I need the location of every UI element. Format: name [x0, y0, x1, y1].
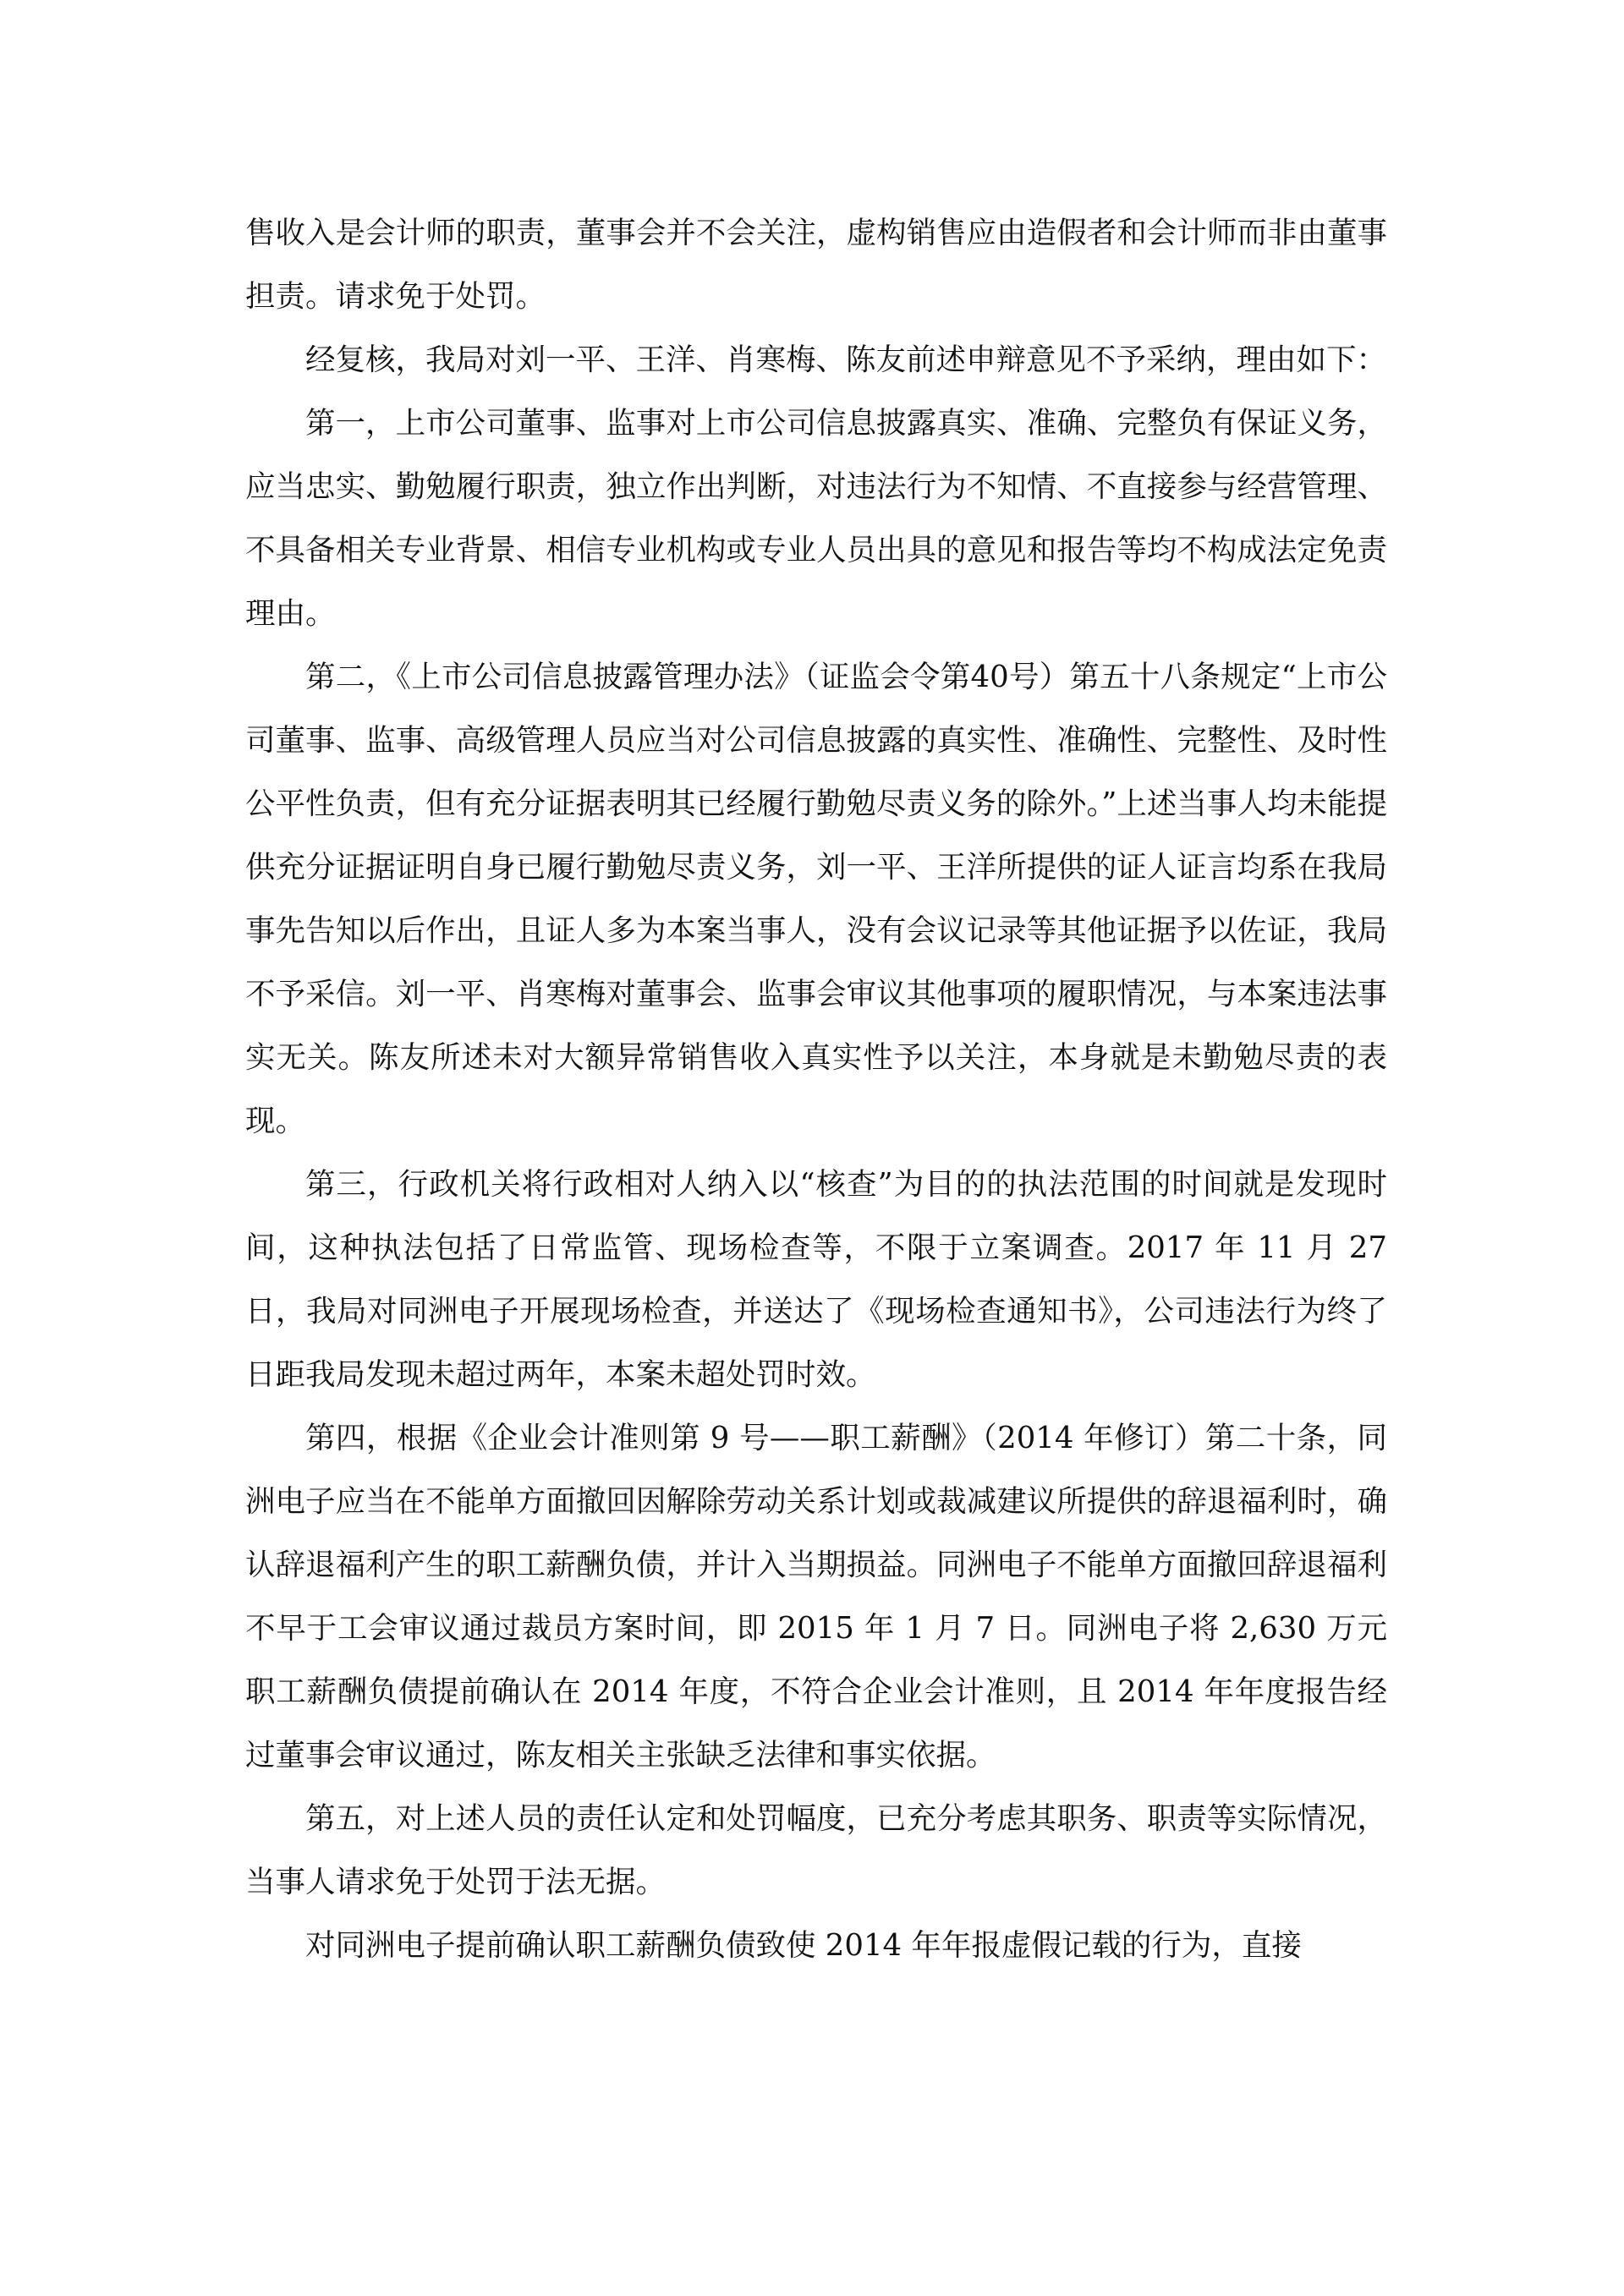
paragraph-reason-2: 第二，《上市公司信息披露管理办法》（证监会令第40号）第五十八条规定“上市公司董… [245, 645, 1387, 1153]
paragraph-review-conclusion: 经复核，我局对刘一平、王洋、肖寒梅、陈友前述申辩意见不予采纳，理由如下： [245, 328, 1387, 392]
document-page: 售收入是会计师的职责，董事会并不会关注，虚构销售应由造假者和会计师而非由董事担责… [245, 201, 1387, 1977]
paragraph-penalty-intro: 对同洲电子提前确认职工薪酬负债致使 2014 年年报虚假记载的行为，直接 [245, 1914, 1387, 1977]
paragraph-continued-defense: 售收入是会计师的职责，董事会并不会关注，虚构销售应由造假者和会计师而非由董事担责… [245, 201, 1387, 328]
paragraph-reason-1: 第一，上市公司董事、监事对上市公司信息披露真实、准确、完整负有保证义务，应当忠实… [245, 392, 1387, 645]
paragraph-reason-3: 第三，行政机关将行政相对人纳入以“核查”为目的的执法范围的时间就是发现时间，这种… [245, 1153, 1387, 1406]
paragraph-reason-5: 第五，对上述人员的责任认定和处罚幅度，已充分考虑其职务、职责等实际情况，当事人请… [245, 1787, 1387, 1914]
paragraph-reason-4: 第四，根据《企业会计准则第 9 号——职工薪酬》（2014 年修订）第二十条，同… [245, 1406, 1387, 1787]
